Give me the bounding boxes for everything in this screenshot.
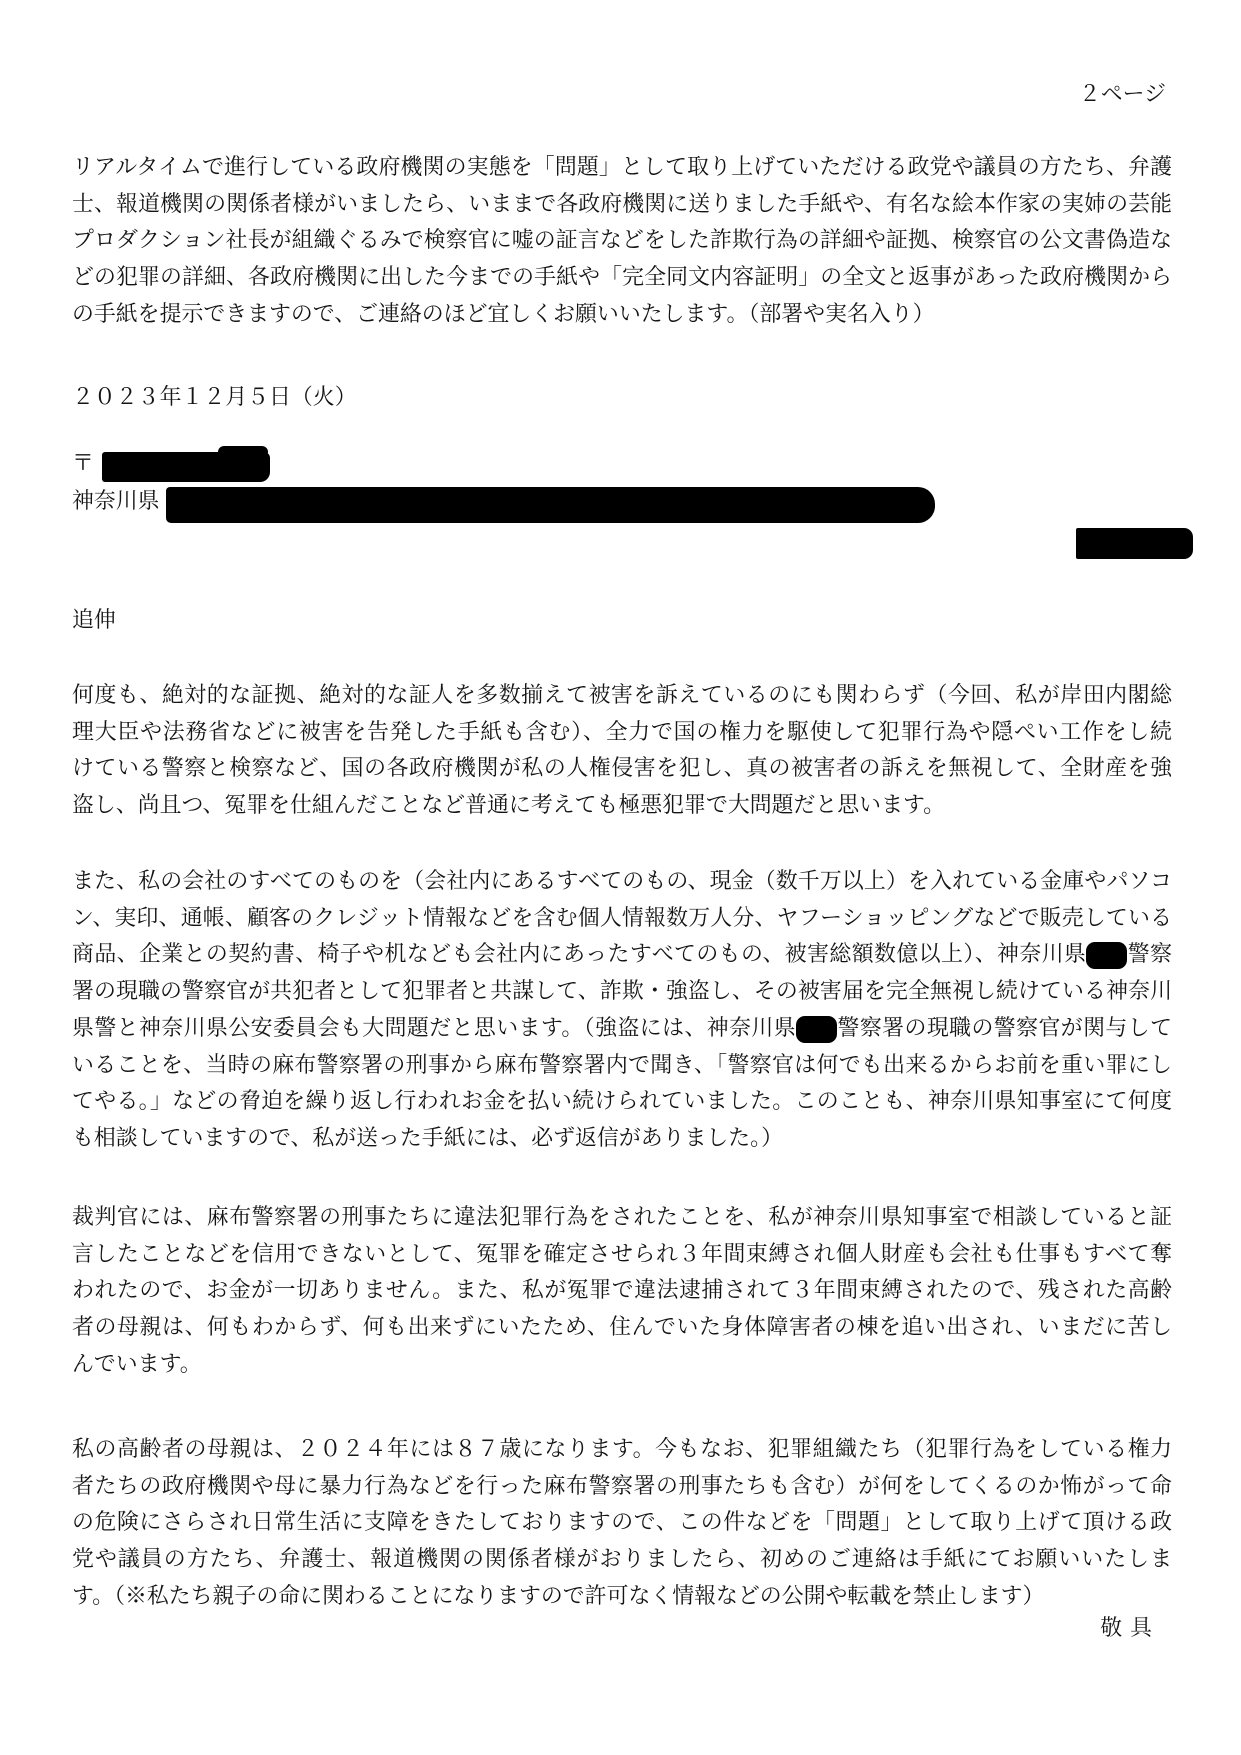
- paragraph-line: 盗し、尚且つ、冤罪を仕組んだことなど普通に考えても極悪犯罪で大問題だと思います。: [72, 787, 1172, 824]
- paragraph-line: 党や議員の方たち、弁護士、報道機関の関係者様がおりましたら、初めのご連絡は手紙に…: [72, 1541, 1172, 1578]
- postscript-paragraph-2: また、私の会社のすべてのものを（会社内にあるすべてのもの、現金（数千万以上）を入…: [72, 863, 1172, 1157]
- paragraph-line: リアルタイムで進行している政府機関の実態を「問題」として取り上げていただける政党…: [72, 149, 1172, 186]
- paragraph-line: われたので、お金が一切ありません。また、私が冤罪で違法逮捕されて３年間束縛された…: [72, 1272, 1172, 1309]
- paragraph-line: 署の現職の警察官が共犯者として犯罪者と共謀して、詐欺・強盗し、その被害届を完全無…: [72, 973, 1172, 1010]
- paragraph-line: けている警察と検察など、国の各政府機関が私の人権侵害を犯し、真の被害者の訴えを無…: [72, 750, 1172, 787]
- paragraph-line: また、私の会社のすべてのものを（会社内にあるすべてのもの、現金（数千万以上）を入…: [72, 863, 1172, 900]
- paragraph-line: す。（※私たち親子の命に関わることになりますので許可なく情報などの公開や転載を禁…: [72, 1578, 1172, 1615]
- redaction-postal-code-box: [102, 452, 270, 482]
- paragraph-line: んでいます。: [72, 1346, 1172, 1383]
- sender-postal-line: 〒: [72, 445, 1192, 482]
- date-line: ２０２３年１２月５日（火）: [72, 379, 1192, 416]
- paragraph-line: 士、報道機関の関係者様がいましたら、いままで各政府機関に送りました手紙や、有名な…: [72, 186, 1172, 223]
- redaction-inline-box: [1086, 942, 1127, 969]
- paragraph-line: の手紙を提示できますので、ご連絡のほど宜しくお願いいたします。（部署や実名入り）: [72, 296, 1172, 333]
- paragraph-line: も相談していますので、私が送った手紙には、必ず返信がありました。）: [72, 1120, 1172, 1157]
- paragraph-line: てやる。」などの脅迫を繰り返し行われお金を払い続けられていました。このことも、神…: [72, 1083, 1172, 1120]
- page-number: ２ページ: [72, 76, 1172, 113]
- letter-page: ２ページ リアルタイムで進行している政府機関の実態を「問題」として取り上げていた…: [0, 0, 1241, 1755]
- paragraph-line: 県警と神奈川県公安委員会も大問題だと思います。（強盗には、神奈川県警察署の現職の…: [72, 1010, 1172, 1047]
- postscript-paragraph-1: 何度も、絶対的な証拠、絶対的な証人を多数揃えて被害を訴えているのにも関わらず（今…: [72, 677, 1172, 824]
- postscript-paragraph-3: 裁判官には、麻布警察署の刑事たちに違法犯罪行為をされたことを、私が神奈川県知事室…: [72, 1199, 1172, 1383]
- paragraph-line: プロダクション社長が組織ぐるみで検察官に嘘の証言などをした詐欺行為の詳細や証拠、…: [72, 222, 1172, 259]
- paragraph-line: 言したことなどを信用できないとして、冤罪を確定させられ３年間束縛され個人財産も会…: [72, 1236, 1172, 1273]
- intro-paragraph: リアルタイムで進行している政府機関の実態を「問題」として取り上げていただける政党…: [72, 149, 1172, 333]
- sender-address-line: 神奈川県: [72, 483, 1192, 523]
- closing-keigu: 敬具: [72, 1610, 1172, 1647]
- redaction-address-box: [166, 487, 935, 523]
- paragraph-line: 者たちの政府機関や母に暴力行為などを行った麻布警察署の刑事たちも含む）が何をして…: [72, 1468, 1172, 1505]
- paragraph-line: の危険にさらされ日常生活に支障をきたしておりますので、この件などを「問題」として…: [72, 1504, 1172, 1541]
- address-prefix: 神奈川県: [72, 488, 160, 513]
- paragraph-line: ン、実印、通帳、顧客のクレジット情報などを含む個人情報数万人分、ヤフーショッピン…: [72, 900, 1172, 937]
- paragraph-line: 者の母親は、何もわからず、何も出来ずにいたため、住んでいた身体障害者の棟を追い出…: [72, 1309, 1172, 1346]
- paragraph-line: 何度も、絶対的な証拠、絶対的な証人を多数揃えて被害を訴えているのにも関わらず（今…: [72, 677, 1172, 714]
- paragraph-line: 裁判官には、麻布警察署の刑事たちに違法犯罪行為をされたことを、私が神奈川県知事室…: [72, 1199, 1172, 1236]
- postscript-paragraph-4: 私の高齢者の母親は、２０２４年には８７歳になります。今もなお、犯罪組織たち（犯罪…: [72, 1431, 1172, 1615]
- postscript-heading: 追伸: [72, 602, 1192, 639]
- paragraph-line: 理大臣や法務省などに被害を告発した手紙も含む）、全力で国の権力を駆使して犯罪行為…: [72, 714, 1172, 751]
- paragraph-line: どの犯罪の詳細、各政府機関に出した今までの手紙や「完全同文内容証明」の全文と返事…: [72, 259, 1172, 296]
- paragraph-line: いることを、当時の麻布警察署の刑事から麻布警察署内で聞き、「警察官は何でも出来る…: [72, 1047, 1172, 1084]
- postal-mark: 〒: [72, 450, 94, 475]
- redaction-sender-name-box: [1076, 528, 1193, 559]
- paragraph-line: 商品、企業との契約書、椅子や机なども会社内にあったすべてのもの、被害総額数億以上…: [72, 936, 1172, 973]
- redaction-inline-box: [796, 1016, 837, 1043]
- paragraph-line: 私の高齢者の母親は、２０２４年には８７歳になります。今もなお、犯罪組織たち（犯罪…: [72, 1431, 1172, 1468]
